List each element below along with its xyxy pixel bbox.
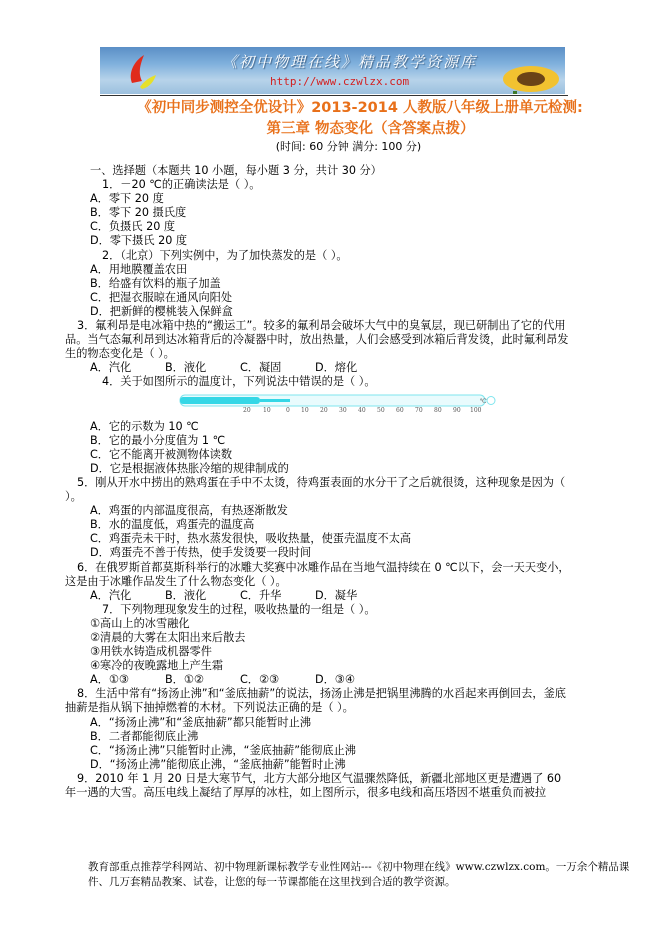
question-7: 7．下列物理现象发生的过程，吸收热量的一组是（ ）。 [90,603,590,617]
question-8: 8．生活中常有“扬汤止沸”和“釜底抽薪”的说法，扬汤止沸是把锅里沸腾的水舀起来再… [65,687,575,715]
question-4: 4．关于如图所示的温度计，下列说法中错误的是（ ）。 [90,375,590,389]
svg-text:50: 50 [377,407,385,412]
option: A．“扬汤止沸”和“釜底抽薪”都只能暂时止沸 [90,716,590,730]
option: A．鸡蛋的内部温度很高，有热逐渐散发 [90,504,590,518]
statement: ①高山上的冰雪融化 [90,617,590,631]
thermometer-figure: 20100 102030 405060 708090 100℃ [178,392,498,412]
options-row: A．①③B．①②C．②③D．③④ [90,673,590,687]
svg-text:90: 90 [453,407,461,412]
option: C．它不能离开被测物体读数 [90,448,590,462]
banner-url[interactable]: http://www.czwlzx.com [270,75,409,88]
option: D．③④ [315,673,390,687]
option: C．负摄氏 20 度 [90,220,590,234]
statement: ③用铁水铸造成机器零件 [90,645,590,659]
question-3: 3．氟利昂是电冰箱中热的“搬运工”。较多的氟利昂会破坏大气中的臭氧层，现已研制出… [65,319,575,361]
option: C．②③ [240,673,315,687]
document-title-line2: 第三章 物态变化（含答案点拨） [40,117,661,138]
svg-text:30: 30 [339,407,347,412]
statement: ②清晨的大雾在太阳出来后散去 [90,631,590,645]
option: A．它的示数为 10 ℃ [90,420,590,434]
option: C．凝固 [240,361,315,375]
question-6: 6．在俄罗斯首都莫斯科举行的冰雕大奖赛中冰雕作品在当地气温持续在 0 ℃以下，会… [65,561,575,589]
page-footer: 教育部重点推荐学科网站、初中物理新课标教学专业性网站---《初中物理在线》www… [88,860,588,890]
site-banner: 《初中物理在线》精品教学资源库 http://www.czwlzx.com [100,47,565,94]
svg-text:80: 80 [434,407,442,412]
svg-text:10: 10 [301,407,309,412]
option: D．鸡蛋壳不善于传热，使手发烫要一段时间 [90,546,590,560]
option: D．零下摄氏 20 度 [90,234,590,248]
svg-text:20: 20 [243,407,251,412]
option: C．“扬汤止沸”只能暂时止沸，“釜底抽薪”能彻底止沸 [90,744,590,758]
svg-text:10: 10 [263,407,271,412]
banner-title: 《初中物理在线》精品教学资源库 [222,51,477,72]
question-9: 9．2010 年 1 月 20 日是大寒节气，北方大部分地区气温骤然降低，新疆北… [65,772,575,800]
celsius-unit: ℃ [480,398,487,405]
question-5: 5．刚从开水中捞出的熟鸡蛋在手中不太烫，待鸡蛋表面的水分干了之后就很烫，这种现象… [65,476,575,504]
option: A．汽化 [90,361,165,375]
option: D．它是根据液体热胀冷缩的规律制成的 [90,462,590,476]
option: C．升华 [240,589,315,603]
option: B．①② [165,673,240,687]
option: B．它的最小分度值为 1 ℃ [90,434,590,448]
svg-text:40: 40 [358,407,366,412]
option: D．凝华 [315,589,390,603]
options-row: A．汽化B．液化C．升华D．凝华 [90,589,590,603]
exam-body: 一、选择题（本题共 10 小题，每小题 3 分，共计 30 分） 1．－20 ℃… [90,164,590,800]
option: D．把新鲜的樱桃装入保鲜盒 [90,305,590,319]
section-heading: 一、选择题（本题共 10 小题，每小题 3 分，共计 30 分） [90,164,590,178]
footer-line-2: 件、几万套精品教案、试卷，让您的每一节课都能在这里找到合适的教学资源。 [88,875,588,890]
statement: ④寒冷的夜晚露地上产生霜 [90,659,590,673]
option: A．汽化 [90,589,165,603]
exam-info: (时间: 60 分钟 满分: 100 分) [0,138,661,154]
site-logo-icon [122,53,162,91]
option: C．把湿衣服晾在通风向阳处 [90,291,590,305]
svg-text:70: 70 [415,407,423,412]
document-title: 《初中同步测控全优设计》2013-2014 人教版八年级上册单元检测: [70,96,650,117]
option: D．熔化 [315,361,390,375]
option: B．液化 [165,361,240,375]
svg-text:60: 60 [396,407,404,412]
footer-line-1: 教育部重点推荐学科网站、初中物理新课标教学专业性网站---《初中物理在线》www… [88,860,588,875]
option: C．鸡蛋壳未干时，热水蒸发很快，吸收热量，使蛋壳温度不太高 [90,532,590,546]
option: B．液化 [165,589,240,603]
question-2: 2．（北京）下列实例中，为了加快蒸发的是（ ）。 [90,249,590,263]
option: A．用地膜覆盖农田 [90,263,590,277]
svg-text:100: 100 [470,407,482,412]
options-row: A．汽化B．液化C．凝固D．熔化 [90,361,590,375]
sunflower-icon [489,57,559,94]
option: B．水的温度低，鸡蛋壳的温度高 [90,518,590,532]
svg-text:20: 20 [320,407,328,412]
option: A．零下 20 度 [90,192,590,206]
option: A．①③ [90,673,165,687]
option: B．给盛有饮料的瓶子加盖 [90,277,590,291]
option: B．二者都能彻底止沸 [90,730,590,744]
svg-text:0: 0 [286,407,290,412]
question-1: 1．－20 ℃的正确读法是（ ）。 [90,178,590,192]
option: D．“扬汤止沸”能彻底止沸，“釜底抽薪”能暂时止沸 [90,758,590,772]
option: B．零下 20 摄氏度 [90,206,590,220]
